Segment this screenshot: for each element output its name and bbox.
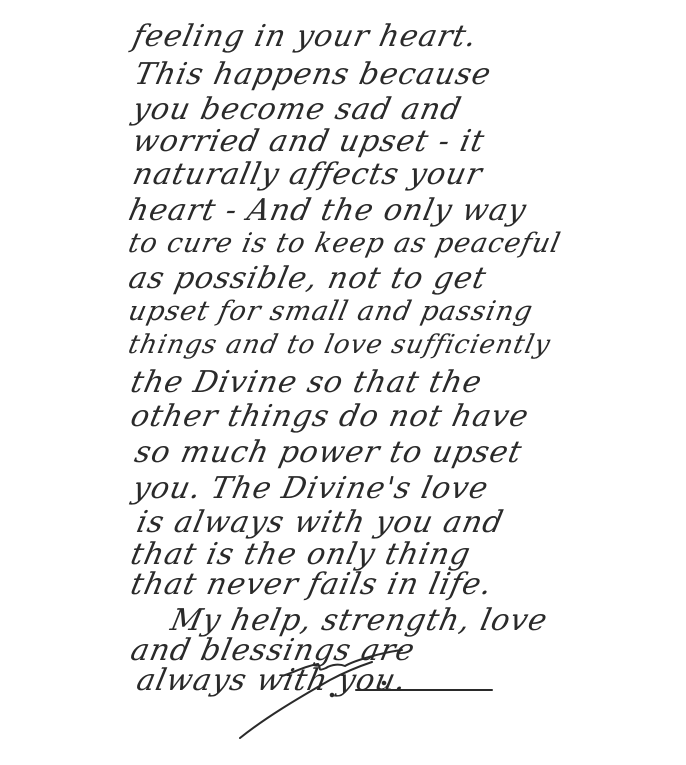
letter-line: as possible, not to get xyxy=(126,264,489,294)
letter-line: is always with you and xyxy=(134,508,506,538)
letter-line: My help, strength, love xyxy=(168,606,550,636)
letter-line: naturally affects your xyxy=(130,160,485,190)
letter-line: worried and upset - it xyxy=(130,127,487,157)
letter-line: heart - And the only way xyxy=(126,196,529,226)
letter-line: This happens because xyxy=(132,60,494,90)
letter-line: feeling in your heart. xyxy=(130,22,480,52)
letter-line: that never fails in life. xyxy=(128,570,495,600)
letter-line: other things do not have xyxy=(128,402,532,432)
letter-line: always with you. xyxy=(134,666,409,696)
letter-line: and blessings are xyxy=(128,636,418,666)
letter-line: that is the only thing xyxy=(128,540,473,570)
letter-line: so much power to upset xyxy=(132,438,525,468)
letter-line: to cure is to keep as peaceful xyxy=(126,230,563,257)
handwritten-letter-page: feeling in your heart. This happens beca… xyxy=(0,0,686,765)
letter-line: things and to love sufficiently xyxy=(126,332,553,358)
letter-line: the Divine so that the xyxy=(128,368,485,398)
letter-line: you. The Divine's love xyxy=(130,474,491,504)
letter-line: upset for small and passing xyxy=(126,298,536,325)
letter-line: you become sad and xyxy=(130,95,464,125)
